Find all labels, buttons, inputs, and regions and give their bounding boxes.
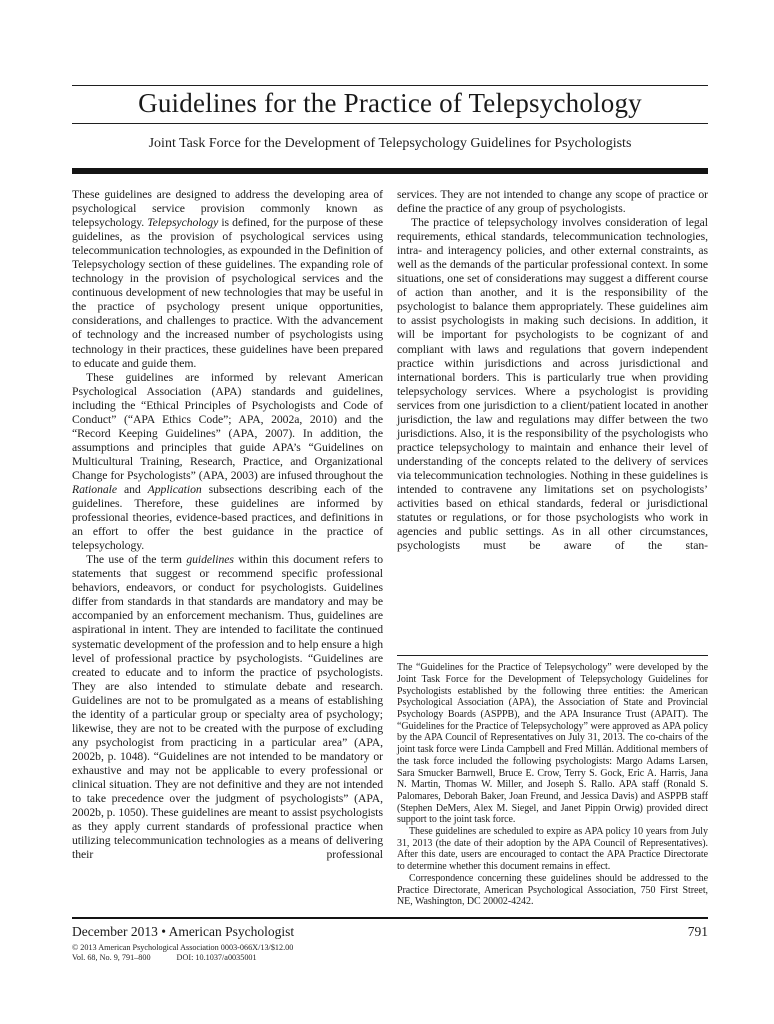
right-column: services. They are not intended to chang… xyxy=(397,188,708,908)
journal-date-line: December 2013 • American Psychologist xyxy=(72,924,294,940)
author-note: The “Guidelines for the Practice of Tele… xyxy=(397,655,708,908)
paragraph: Correspondence concerning these guidelin… xyxy=(397,873,708,908)
paragraph: These guidelines are informed by relevan… xyxy=(72,371,383,554)
footer-row: December 2013 • American Psychologist 79… xyxy=(72,924,708,940)
left-column: These guidelines are designed to address… xyxy=(72,188,383,908)
text-run: within this document refers to statement… xyxy=(72,553,383,861)
paragraph: These guidelines are designed to address… xyxy=(72,188,383,371)
italic-text-run: guidelines xyxy=(186,553,234,566)
body-columns: These guidelines are designed to address… xyxy=(72,188,708,908)
text-run: These guidelines are scheduled to expire… xyxy=(397,826,708,872)
article-page: Guidelines for the Practice of Telepsych… xyxy=(0,0,774,1024)
right-column-text: services. They are not intended to chang… xyxy=(397,188,708,553)
volume-doi-line: Vol. 68, No. 9, 791–800DOI: 10.1037/a003… xyxy=(72,953,708,963)
footnote-text: The “Guidelines for the Practice of Tele… xyxy=(397,662,708,908)
text-run: These guidelines are informed by relevan… xyxy=(72,371,383,482)
italic-text-run: Telepsychology xyxy=(147,216,218,229)
text-run: and xyxy=(117,483,148,496)
footnote-separator xyxy=(397,655,708,656)
paragraph: The use of the term guidelines within th… xyxy=(72,553,383,862)
text-run: services. They are not intended to chang… xyxy=(397,188,708,215)
text-run: The practice of telepsychology involves … xyxy=(397,216,708,552)
italic-text-run: Rationale xyxy=(72,483,117,496)
text-run: is defined, for the purpose of these gui… xyxy=(72,216,383,369)
header-rule-middle xyxy=(72,123,708,124)
text-run: Correspondence concerning these guidelin… xyxy=(397,873,708,907)
header-rule-top xyxy=(72,85,708,86)
paragraph: The practice of telepsychology involves … xyxy=(397,216,708,553)
copyright-line: © 2013 American Psychological Associatio… xyxy=(72,943,708,953)
text-run: The “Guidelines for the Practice of Tele… xyxy=(397,662,708,825)
volume-line: Vol. 68, No. 9, 791–800 xyxy=(72,953,151,962)
article-title: Guidelines for the Practice of Telepsych… xyxy=(72,88,708,119)
section-divider-bar xyxy=(72,168,708,174)
italic-text-run: Application xyxy=(148,483,202,496)
footer-rule xyxy=(72,917,708,919)
paragraph: The “Guidelines for the Practice of Tele… xyxy=(397,662,708,826)
paragraph: services. They are not intended to chang… xyxy=(397,188,708,216)
page-footer: December 2013 • American Psychologist 79… xyxy=(72,924,708,963)
article-subtitle: Joint Task Force for the Development of … xyxy=(72,136,708,152)
doi-line: DOI: 10.1037/a0035001 xyxy=(177,953,257,962)
text-run: The use of the term xyxy=(86,553,186,566)
page-number: 791 xyxy=(688,924,708,940)
paragraph: These guidelines are scheduled to expire… xyxy=(397,826,708,873)
